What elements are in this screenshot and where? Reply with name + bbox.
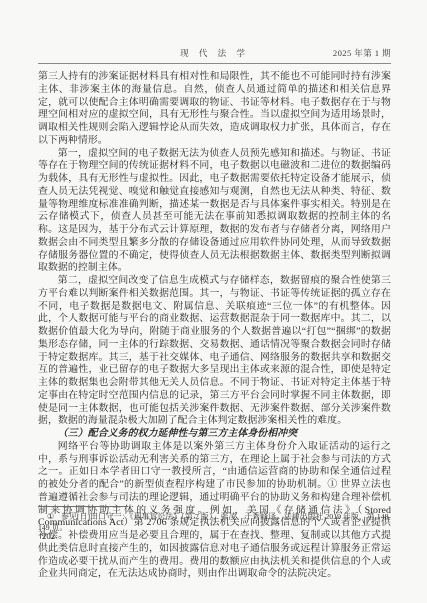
section-sub-heading: （三）配合义务的权力延伸性与第三方主体身份相冲突 <box>38 428 391 441</box>
footnote-separator <box>38 506 128 507</box>
body-paragraph-first-point: 第一，虚拟空间的电子数据无法为侦查人员预先感知和描述。与物证、书证等存在于物理空… <box>38 148 391 276</box>
journal-title: 现 代 法 学 <box>180 47 249 59</box>
footnote-area: ①参见[日]田口守一：《刑事诉讼法》（第 7 版），张凌、于秀峰译，法律出版社 … <box>38 506 391 533</box>
page-number: 202 <box>42 531 55 541</box>
body-text: 第三人持有的涉案证据材料具有相对性和局限性，其不能也不可能同时持有涉案主体、非涉… <box>38 71 391 581</box>
footnote-marker: ① <box>47 512 54 521</box>
journal-page: 现 代 法 学 2025 年第 1 期 第三人持有的涉案证据材料具有相对性和局限… <box>0 0 427 603</box>
page-content: 现 代 法 学 2025 年第 1 期 第三人持有的涉案证据材料具有相对性和局限… <box>38 47 391 581</box>
body-paragraph-second-point: 第二，虚拟空间改变了信息生成模式与存储样态，数据留痕的聚合性使第三方平台难以判断… <box>38 275 391 428</box>
footnote-text: 参见[日]田口守一：《刑事诉讼法》（第 7 版），张凌、于秀峰译，法律出版社 2… <box>38 512 391 532</box>
footnote: ①参见[日]田口守一：《刑事诉讼法》（第 7 版），张凌、于秀峰译，法律出版社 … <box>38 512 391 533</box>
header-rule <box>38 63 391 64</box>
issue-label: 2025 年第 1 期 <box>249 47 391 59</box>
body-paragraph-continuation: 第三人持有的涉案证据材料具有相对性和局限性，其不能也不可能同时持有涉案主体、非涉… <box>38 71 391 148</box>
running-header: 现 代 法 学 2025 年第 1 期 <box>38 47 391 59</box>
